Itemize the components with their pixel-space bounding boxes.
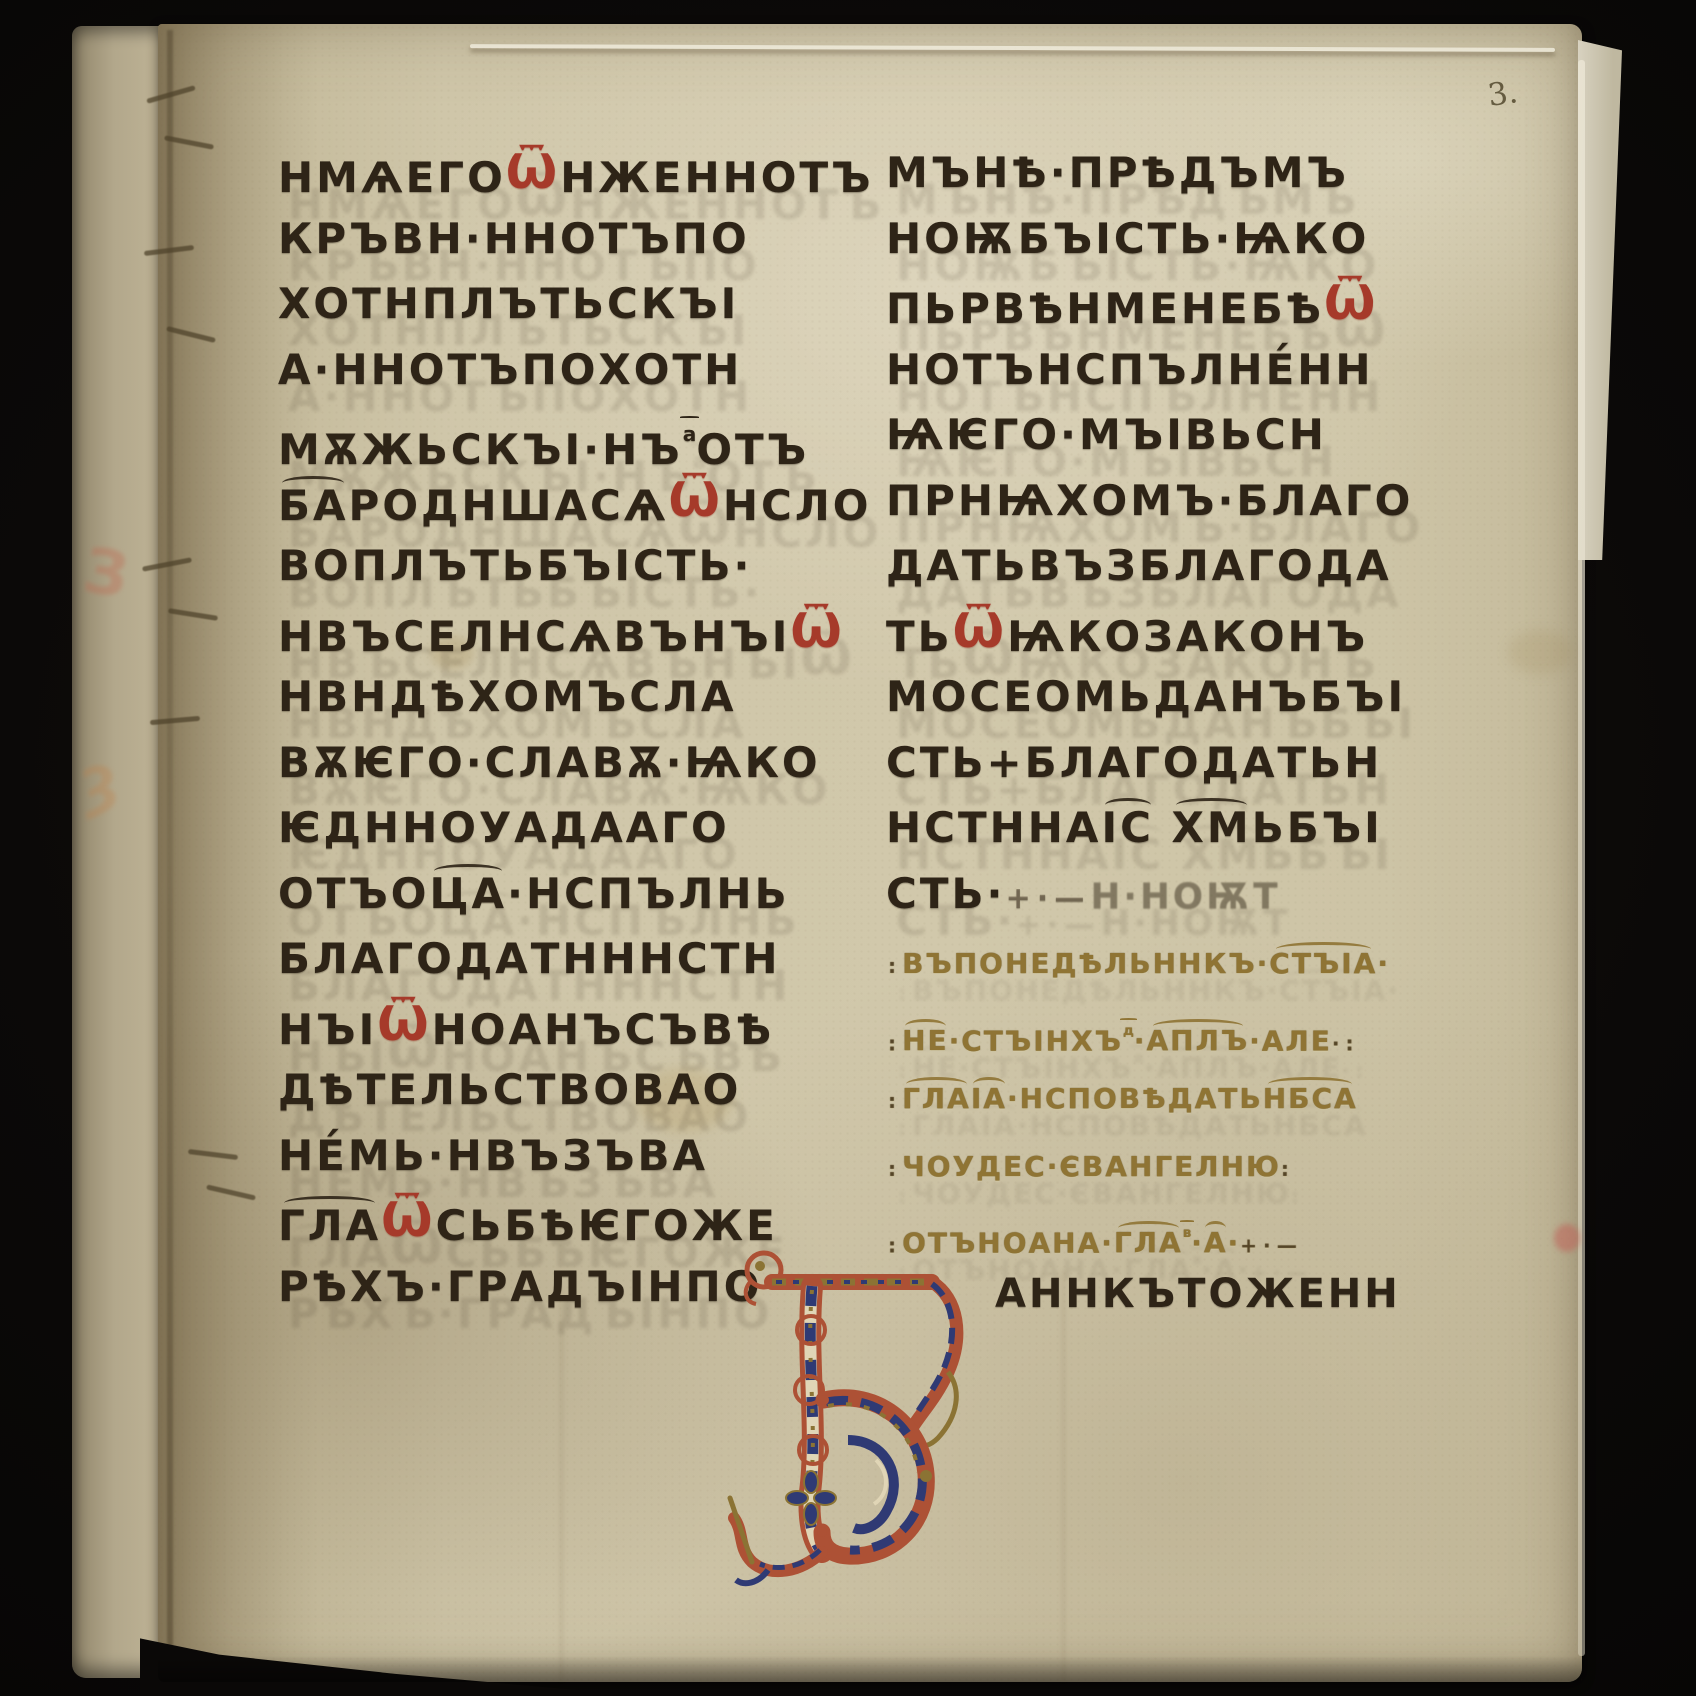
text-line: БАРОДНШАСѦѾНСЛО: [278, 468, 808, 534]
text-segment: ѤДННОУАДААГО: [278, 803, 730, 852]
text-segment: ·НСПЪЛНЬ: [507, 869, 790, 918]
text-segment: НЕ: [902, 1024, 949, 1057]
text-line: СТЬ·+·—Н·НОѬТ: [886, 861, 1366, 927]
stain: [1508, 630, 1572, 674]
red-paragraph-sign: Ѿ: [377, 997, 431, 1052]
text-segment: +·—: [1005, 881, 1090, 916]
text-line: ВОПЛЪТЬБЪІСТЬ·: [278, 533, 808, 599]
text-segment: МЪНѢ·ПРѢДЪМЪ: [886, 148, 1349, 197]
text-segment: Н·НОѬТ: [1091, 876, 1281, 917]
red-paragraph-sign: Ѿ: [668, 473, 722, 528]
text-segment: СТЬ+БЛАГОДАТЬН: [886, 738, 1382, 787]
text-segment: АПЛЪ: [1146, 1024, 1249, 1057]
text-segment: :: [1281, 1157, 1295, 1181]
text-segment: СТЪІА: [1269, 947, 1377, 980]
text-segment: ·АЛЕ: [1249, 1024, 1332, 1057]
red-paragraph-sign: Ѿ: [953, 604, 1007, 659]
text-segment: ПЬРВѢНМЕНЕБѢ: [886, 284, 1324, 333]
illuminated-initial-icon: [724, 1238, 976, 1610]
text-segment: д: [1123, 1024, 1134, 1039]
text-segment: РОДНШАСѦ: [349, 481, 669, 530]
text-line: ПЬРВѢНМЕНЕБѢѾ: [886, 271, 1366, 337]
text-segment: СТЬ·: [886, 869, 1005, 918]
text-segment: НСТННА: [886, 803, 1101, 852]
incipit-line: АННКЪТОЖЕНН: [995, 1262, 1395, 1328]
text-line: :НЕ·СТЪІНХЪд·АПЛЪ·АЛЕ·:: [888, 998, 1368, 1066]
text-line: НМѦЕГОѾНЖЕННОТЪ: [278, 140, 808, 206]
red-paragraph-sign: Ѿ: [1324, 276, 1378, 331]
text-segment: :: [888, 1031, 902, 1055]
text-line: ХОТНПЛЪТЬСКЪІ: [278, 271, 808, 337]
text-line: НЪІѾНОАНЪСЪВѢ: [278, 992, 808, 1058]
text-segment: ЬБЪІ: [1252, 803, 1383, 852]
text-segment: КРЪВН·ННОТЪПО: [278, 214, 750, 263]
text-segment: РѢХЪ·ГРАДЪІНПО: [278, 1262, 762, 1311]
stain: [1554, 1224, 1580, 1252]
text-line: МОСЕОМЬДАНЪБЪІ: [886, 664, 1366, 730]
gutter-fold-line: [167, 30, 173, 1670]
text-line: ѤДННОУАДААГО: [278, 795, 808, 861]
text-segment: ІС: [1101, 803, 1153, 852]
manuscript-photo: 3. ЗȜ НМѦЕГОѾНЖЕННОТЪКРЪВН·ННОТЪПОХОТНПЛ…: [0, 0, 1696, 1696]
text-line: ДѢТЕЛЬСТВОВАО: [278, 1057, 808, 1123]
text-segment: НВЪСЕЛНСѦВЪНЪІ: [278, 612, 790, 661]
red-paragraph-sign: Ѿ: [506, 145, 560, 200]
bottom-edge-shadow: [158, 1656, 1582, 1682]
text-segment: ·СТЪІНХЪ: [949, 1024, 1123, 1057]
folio-number: 3.: [1486, 74, 1520, 114]
text-segment: НЪІ: [278, 1005, 377, 1054]
text-line: ѨѤГО·МЪІВЬСН: [886, 402, 1366, 468]
text-segment: в: [1183, 1226, 1192, 1241]
parchment-crease: [1062, 1270, 1065, 1680]
text-line: НЕ́МЬ·НВЪЗЪВА: [278, 1123, 808, 1189]
text-segment: ВѪѤГО·СЛАВѪ·ѨКО: [278, 738, 821, 787]
text-segment: А·ННОТЪПОХОТН: [278, 345, 742, 394]
left-text-column: НМѦЕГОѾНЖЕННОТЪКРЪВН·ННОТЪПОХОТНПЛЪТЬСКЪ…: [278, 140, 808, 1319]
text-segment: +·—: [1240, 1233, 1303, 1257]
text-line: НВЪСЕЛНСѦВЪНЪІѾ: [278, 599, 808, 665]
text-segment: :: [888, 954, 902, 978]
text-segment: НВНДѢХОМЪСЛА: [278, 672, 737, 721]
text-segment: АННКЪТОЖЕНН: [995, 1271, 1401, 1317]
text-segment: НЖЕННОТЪ: [560, 153, 873, 202]
text-line: ТЬѾѨКОЗАКОНЪ: [886, 599, 1366, 665]
rubric-block: :ВЪПОНЕДѢЛЬННКЪ·СТЪІА·:НЕ·СТЪІНХЪд·АПЛЪ·…: [888, 930, 1368, 1268]
text-segment: а: [683, 422, 697, 446]
text-segment: НМѦЕГО: [278, 153, 506, 202]
text-segment: ЄВАНГЕЛНЮ: [1059, 1150, 1281, 1183]
text-segment: :: [888, 1089, 902, 1113]
text-segment: БА: [278, 481, 349, 530]
right-text-column: МЪНѢ·ПРѢДЪМЪНОѬБЪІСТЬ·ѨКОПЬРВѢНМЕНЕБѢѾНО…: [886, 140, 1366, 926]
text-line: ДАТЬВЪЗБЛАГОДА: [886, 533, 1366, 599]
text-segment: ПРНѨХОМЪ·БЛАГО: [886, 476, 1413, 525]
text-segment: НЕ́МЬ·НВЪЗЪВА: [278, 1131, 708, 1180]
text-line: МѪЖЬСКЪІ·НЪаОТЪ: [278, 402, 808, 468]
text-segment: ·НСПОВѢДАТЬ: [1007, 1082, 1263, 1115]
text-segment: ДАТЬВЪЗБЛАГОДА: [886, 541, 1392, 590]
text-segment: ·: [1134, 1024, 1147, 1057]
text-segment: ·: [1191, 1226, 1204, 1259]
text-segment: А: [1204, 1226, 1228, 1259]
text-line: НОТЪНСПЪЛНЕ́НН: [886, 337, 1366, 403]
text-segment: ОТЪ: [696, 425, 809, 474]
text-line: :ВЪПОНЕДѢЛЬННКЪ·СТЪІА·: [888, 930, 1368, 998]
text-line: :ЧОУДЕС·ЄВАНГЕЛНЮ:: [888, 1133, 1368, 1201]
red-paragraph-sign: Ѿ: [790, 604, 844, 659]
text-line: НСТННАІС ХМЬБЪІ: [886, 795, 1366, 861]
text-segment: ОТЪО: [278, 869, 430, 918]
text-segment: МОСЕОМЬДАНЪБЪІ: [886, 672, 1406, 721]
text-segment: ·: [1377, 947, 1390, 980]
text-segment: ЧОУДЕС·: [902, 1150, 1059, 1183]
text-segment: ТЬ: [886, 612, 953, 661]
text-segment: НБСА: [1263, 1082, 1358, 1115]
text-line: СТЬ+БЛАГОДАТЬН: [886, 730, 1366, 796]
text-segment: НОТЪНСПЪЛНЕ́НН: [886, 345, 1374, 394]
text-line: ОТЪОЦА·НСПЪЛНЬ: [278, 861, 808, 927]
text-segment: ГЛА: [902, 1082, 971, 1115]
text-line: КРЪВН·ННОТЪПО: [278, 206, 808, 272]
text-segment: ·:: [1332, 1031, 1360, 1055]
text-segment: БЛАГОДАТНННСТН: [278, 934, 781, 983]
text-segment: МѪЖЬСКЪІ·НЪ: [278, 425, 683, 474]
text-segment: ЦА: [430, 869, 507, 918]
text-segment: ВОПЛЪТЬБЪІСТЬ·: [278, 541, 752, 590]
text-segment: НОАНЪСЪВѢ: [432, 1005, 775, 1054]
text-segment: ГЛА: [278, 1201, 381, 1250]
text-segment: ІА: [971, 1082, 1007, 1115]
text-segment: ХОТНПЛЪТЬСКЪІ: [278, 279, 739, 328]
text-segment: НОѬБЪІСТЬ·ѨКО: [886, 214, 1369, 263]
text-segment: НСЛО: [723, 481, 872, 530]
text-line: ПРНѨХОМЪ·БЛАГО: [886, 468, 1366, 534]
page-edge-right: [1578, 60, 1585, 1656]
text-segment: ѨКОЗАКОНЪ: [1007, 612, 1368, 661]
parchment-crease: [560, 1290, 563, 1680]
text-line: А·ННОТЪПОХОТН: [278, 337, 808, 403]
text-segment: :: [888, 1157, 902, 1181]
red-paragraph-sign: Ѿ: [381, 1193, 435, 1248]
text-line: ВѪѤГО·СЛАВѪ·ѨКО: [278, 730, 808, 796]
text-line: НВНДѢХОМЪСЛА: [278, 664, 808, 730]
text-line: МЪНѢ·ПРѢДЪМЪ: [886, 140, 1366, 206]
text-line: БЛАГОДАТНННСТН: [278, 926, 808, 992]
text-line: НОѬБЪІСТЬ·ѨКО: [886, 206, 1366, 272]
text-line: АННКЪТОЖЕНН: [995, 1262, 1395, 1328]
illuminated-initial: [724, 1238, 976, 1610]
text-segment: ХМ: [1172, 803, 1252, 852]
text-segment: [1154, 803, 1172, 852]
text-line: :ГЛАІА·НСПОВѢДАТЬНБСА: [888, 1065, 1368, 1133]
text-segment: ВЪПОНЕДѢЛЬННКЪ·: [902, 947, 1269, 980]
text-segment: ·: [1228, 1226, 1241, 1259]
text-segment: ГЛА: [1114, 1226, 1183, 1259]
text-segment: ДѢТЕЛЬСТВОВАО: [278, 1065, 741, 1114]
text-segment: ѨѤГО·МЪІВЬСН: [886, 410, 1327, 459]
